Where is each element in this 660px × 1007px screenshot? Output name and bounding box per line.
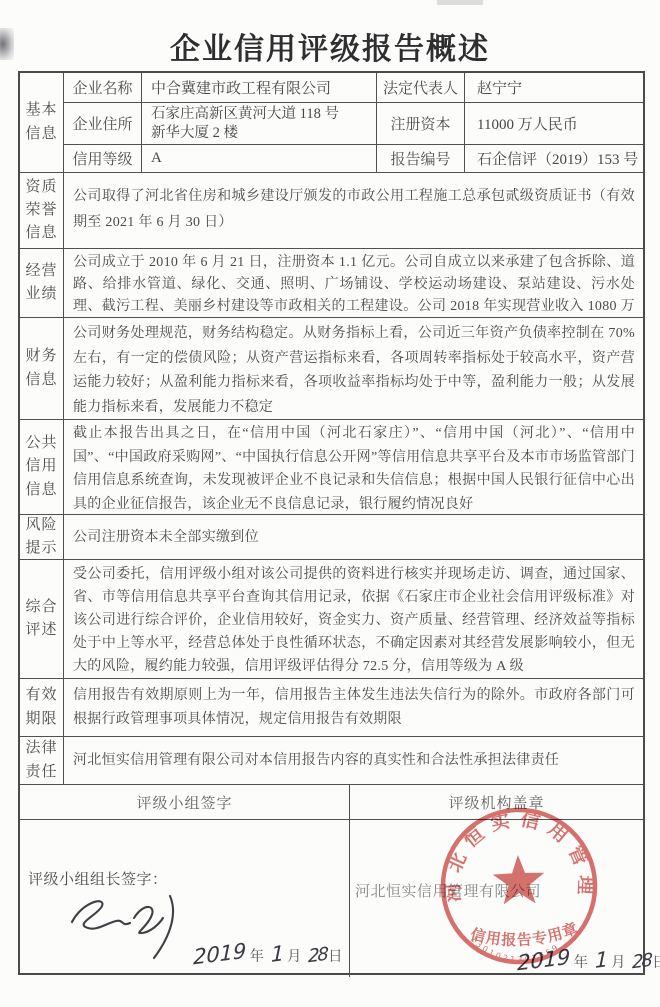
team-leader-signature-label: 评级小组组长签字： xyxy=(28,868,168,889)
risk-notice-label: 风险提示 xyxy=(20,515,64,559)
section-validity-period: 有效期限 信用报告有效期原则上为一年，信用报告主体发生违法失信行为的除外。市政府… xyxy=(20,679,643,737)
team-signature-header: 评级小组签字 xyxy=(20,785,350,819)
risk-notice-text: 公司注册资本未全部实缴到位 xyxy=(64,515,643,559)
section-qualification-honor: 资质荣誉信息 公司取得了河北省住房和城乡建设厅颁发的市政公用工程施工总承包贰级资… xyxy=(20,173,643,249)
section-financial-info: 财务信息 公司财务处理规范，财务结构稳定。从财务指标上看，公司近三年资产负债率控… xyxy=(20,318,643,420)
team-signature-cell: 评级小组组长签字： 2019年 1月 28日 xyxy=(20,820,350,977)
address-value: 石家庄高新区黄河大道 118 号 新华大厦 2 楼 xyxy=(142,103,377,144)
company-name-value: 中合冀建市政工程有限公司 xyxy=(142,73,377,102)
legal-liability-text: 河北恒实信用管理有限公司对本信用报告内容的真实性和合法性承担法律责任 xyxy=(64,737,643,784)
public-credit-info-label: 公共信用信息 xyxy=(20,420,64,514)
legal-rep-value: 赵宁宁 xyxy=(465,73,643,102)
financial-info-text: 公司财务处理规范，财务结构稳定。从财务指标上看，公司近三年资产负债率控制在 70… xyxy=(64,318,643,419)
section-risk-notice: 风险提示 公司注册资本未全部实缴到位 xyxy=(20,515,643,560)
address-line-1: 石家庄高新区黄河大道 118 号 xyxy=(151,105,376,124)
legal-liability-label: 法律责任 xyxy=(20,737,64,784)
report-no-label: 报告编号 xyxy=(377,145,465,172)
section-legal-liability: 法律责任 河北恒实信用管理有限公司对本信用报告内容的真实性和合法性承担法律责任 xyxy=(20,737,643,785)
public-credit-info-text: 截止本报告出具之日，在“信用中国（河北石家庄）”、“信用中国（河北）”、“信用中… xyxy=(64,420,643,514)
official-seal: 河北恒实信用管理有限公司 信用报告专用章 1301021301659 xyxy=(414,781,624,991)
section-business-performance: 经营业绩 公司成立于 2010 年 6 月 21 日，注册资本 1.1 亿元。公… xyxy=(20,249,643,318)
credit-grade-value: A xyxy=(142,145,377,172)
sign-date-left: 2019年 1月 28日 xyxy=(192,942,344,966)
legal-rep-label: 法定代表人 xyxy=(377,73,465,102)
row-company-address: 企业住所 石家庄高新区黄河大道 118 号 新华大厦 2 楼 注册资本 1100… xyxy=(64,103,643,145)
validity-period-text: 信用报告有效期原则上为一年，信用报告主体发生违法失信行为的除外。市政府各部门可根… xyxy=(64,679,643,736)
handwritten-day-left: 28 xyxy=(308,944,327,968)
business-performance-text: 公司成立于 2010 年 6 月 21 日，注册资本 1.1 亿元。公司自成立以… xyxy=(64,249,643,317)
handwritten-year-left: 2019 xyxy=(193,939,246,970)
business-performance-label: 经营业绩 xyxy=(20,249,64,317)
report-no-value: 石企信评（2019）153 号 xyxy=(465,145,643,172)
address-line-2: 新华大厦 2 楼 xyxy=(151,124,376,143)
section-public-credit-info: 公共信用信息 截止本报告出具之日，在“信用中国（河北石家庄）”、“信用中国（河北… xyxy=(20,420,643,515)
comprehensive-review-text: 受公司委托，信用评级小组对该公司提供的资料进行核实并现场走访、调查，通过国家、省… xyxy=(64,560,643,678)
address-label: 企业住所 xyxy=(64,103,142,144)
credit-grade-label: 信用等级 xyxy=(64,145,142,172)
handwritten-day-right: 28 xyxy=(632,950,651,974)
credit-rating-report-page: 企业信用评级报告概述 基本信息 企业名称 中合冀建市政工程有限公司 法定代表人 … xyxy=(0,0,660,1007)
qualification-honor-text: 公司取得了河北省住房和城乡建设厅颁发的市政公用工程施工总承包贰级资质证书（有效期… xyxy=(64,173,643,248)
registered-capital-label: 注册资本 xyxy=(377,103,465,144)
row-company-name: 企业名称 中合冀建市政工程有限公司 法定代表人 赵宁宁 xyxy=(64,73,643,103)
financial-info-label: 财务信息 xyxy=(20,318,64,419)
basic-info-section: 基本信息 企业名称 中合冀建市政工程有限公司 法定代表人 赵宁宁 企业住所 石家… xyxy=(20,73,643,173)
registered-capital-value: 11000 万人民币 xyxy=(465,103,643,144)
handwritten-month-left: 1 xyxy=(270,941,284,967)
scan-smudge-top xyxy=(437,0,483,5)
comprehensive-review-label: 综合评述 xyxy=(20,560,64,678)
basic-info-label: 基本信息 xyxy=(20,73,64,172)
section-comprehensive-review: 综合评述 受公司委托，信用评级小组对该公司提供的资料进行核实并现场走访、调查，通… xyxy=(20,560,643,679)
row-credit-grade: 信用等级 A 报告编号 石企信评（2019）153 号 xyxy=(64,145,643,172)
company-name-label: 企业名称 xyxy=(64,73,142,102)
seal-star-icon xyxy=(492,854,545,905)
qualification-honor-label: 资质荣誉信息 xyxy=(20,173,64,248)
validity-period-label: 有效期限 xyxy=(20,679,64,736)
page-title: 企业信用评级报告概述 xyxy=(0,24,660,68)
